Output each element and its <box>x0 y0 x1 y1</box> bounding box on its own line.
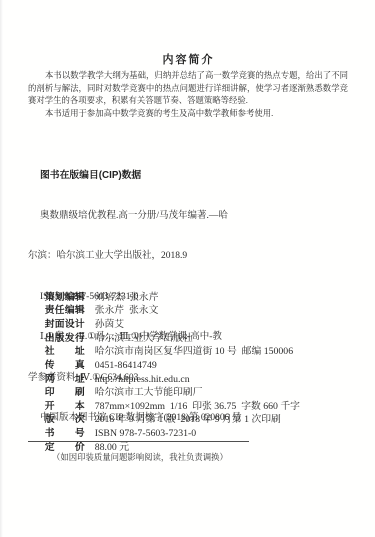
intro-heading: 内容简介 <box>0 51 375 67</box>
colophon-label: 版次 <box>45 413 85 427</box>
intro-paragraph-2: 本书适用于参加高中数学竞赛的考生及高中数学教师参考使用. <box>28 108 348 121</box>
cip-heading: 图书在版编目(CIP)数据 <box>28 169 262 183</box>
colophon-row-planning-editor: 策划编辑刘培杰 张永芹 <box>30 277 300 291</box>
colophon-label: 书号 <box>45 427 85 441</box>
quality-note: （如因印装质量问题影响阅读，我社负责调换） <box>52 451 228 463</box>
colophon-block: 策划编辑刘培杰 张永芹 责任编辑张永芹 张永文 封面设计孙茵艾 出版发行哈尔滨工… <box>30 277 300 441</box>
colophon-value: ISBN 978-7-5603-7231-0 <box>95 427 197 441</box>
colophon-label: 责任编辑 <box>45 304 85 318</box>
colophon-value: 哈尔滨市南岗区复华四道街 10 号 邮编 150006 <box>95 345 293 359</box>
intro-section: 本书以数学教学大纲为基础，归纳并总结了高一数学竞赛的热点专题，给出了不同的剖析与… <box>28 70 348 121</box>
cip-title-line-2: 尔滨：哈尔滨工业大学出版社，2018.9 <box>28 250 262 264</box>
colophon-label: 网址 <box>45 373 85 387</box>
colophon-value: 张永芹 张永文 <box>95 304 159 318</box>
copyright-page: 内容简介 本书以数学教学大纲为基础，归纳并总结了高一数学竞赛的热点专题，给出了不… <box>0 0 375 537</box>
colophon-value: 孙茵艾 <box>95 318 124 332</box>
colophon-label: 策划编辑 <box>45 291 85 305</box>
colophon-label: 社址 <box>45 345 85 359</box>
colophon-label: 封面设计 <box>45 318 85 332</box>
colophon-label: 印刷 <box>45 386 85 400</box>
colophon-value: 刘培杰 张永芹 <box>95 291 159 305</box>
colophon-label: 传真 <box>45 359 85 373</box>
colophon-value: 787mm×1092mm 1/16 印张 36.75 字数 660 千字 <box>95 400 300 414</box>
colophon-value: http://hitpress.hit.edu.cn <box>95 373 190 387</box>
colophon-label: 开本 <box>45 400 85 414</box>
colophon-value: 2018 年 9 月第 1 版 2018 年 9 月第 1 次印刷 <box>95 413 281 427</box>
colophon-value: 哈尔滨市工大节能印刷厂 <box>95 386 203 400</box>
colophon-label: 出版发行 <box>45 332 85 346</box>
intro-paragraph-1: 本书以数学教学大纲为基础，归纳并总结了高一数学竞赛的热点专题，给出了不同的剖析与… <box>28 70 348 108</box>
colophon-value: 0451-86414749 <box>95 359 157 373</box>
cip-title-line-1: 奥数鼎级培优教程.高一分册/马茂年编著.—哈 <box>28 210 262 224</box>
divider-rule <box>28 441 249 442</box>
colophon-value: 哈尔滨工业大学出版社 <box>95 332 193 346</box>
